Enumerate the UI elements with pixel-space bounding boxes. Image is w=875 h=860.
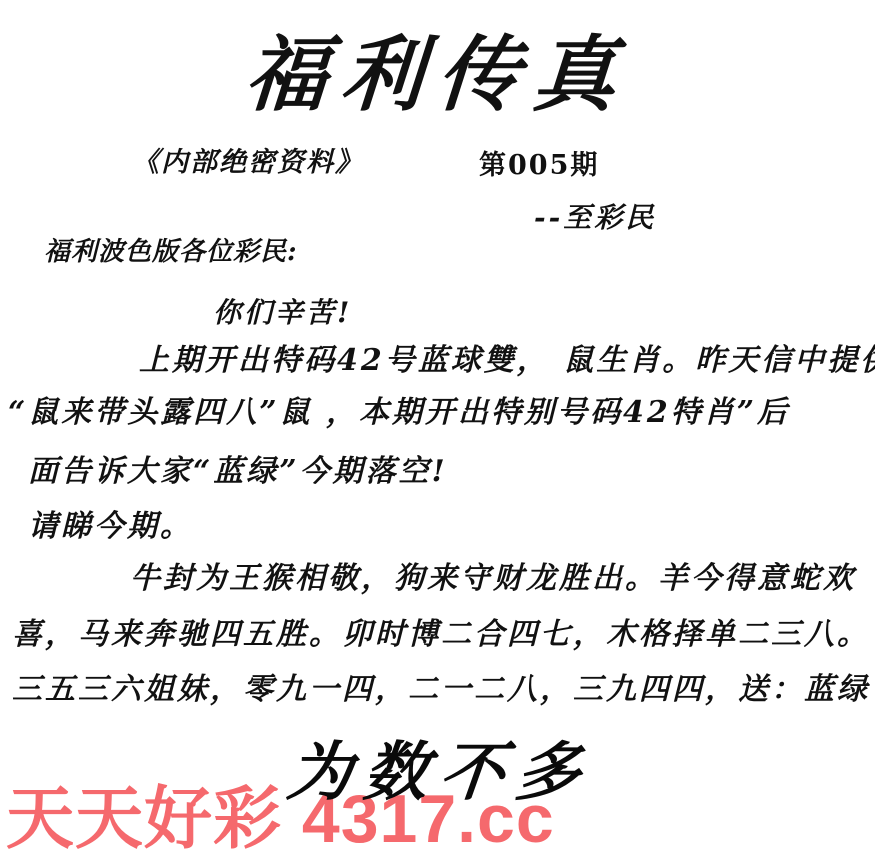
paragraph2-line3: 三五三六姐妹，零九一四，二一二八，三九四四，送：蓝绿: [12, 673, 870, 708]
paragraph2-line2: 喜，马来奔驰四五胜。卯时博二合四七，木格择单二三八。: [12, 618, 870, 653]
salutation-line: 你们辛苦!: [213, 297, 352, 329]
footer-calligraphy: 为数不多: [284, 736, 596, 810]
issue-number: 第005期: [479, 150, 599, 181]
greeting-line: 福利波色版各位彩民:: [44, 238, 298, 268]
fax-document-page: 福利传真 《内部绝密资料》 第005期 --至彩民 福利波色版各位彩民: 你们辛…: [0, 0, 875, 860]
subtitle-internal-material: 《内部绝密资料》: [132, 147, 364, 178]
paragraph1-line4: 请睇今期。: [28, 510, 193, 545]
attribution-line: --至彩民: [534, 202, 656, 234]
paragraph1-line3: 面告诉大家“蓝绿”今期落空!: [28, 455, 448, 490]
paragraph1-line1: 上期开出特码42号蓝球雙， 鼠生肖。昨天信中提供: [139, 344, 875, 379]
paragraph1-line2: “鼠来带头露四八”鼠 ，本期开出特别号码42特肖”后: [8, 396, 790, 431]
paragraph2-line1: 牛封为王猴相敬，狗来守财龙胜出。羊今得意蛇欢: [130, 562, 856, 597]
page-title: 福利传真: [0, 28, 875, 122]
